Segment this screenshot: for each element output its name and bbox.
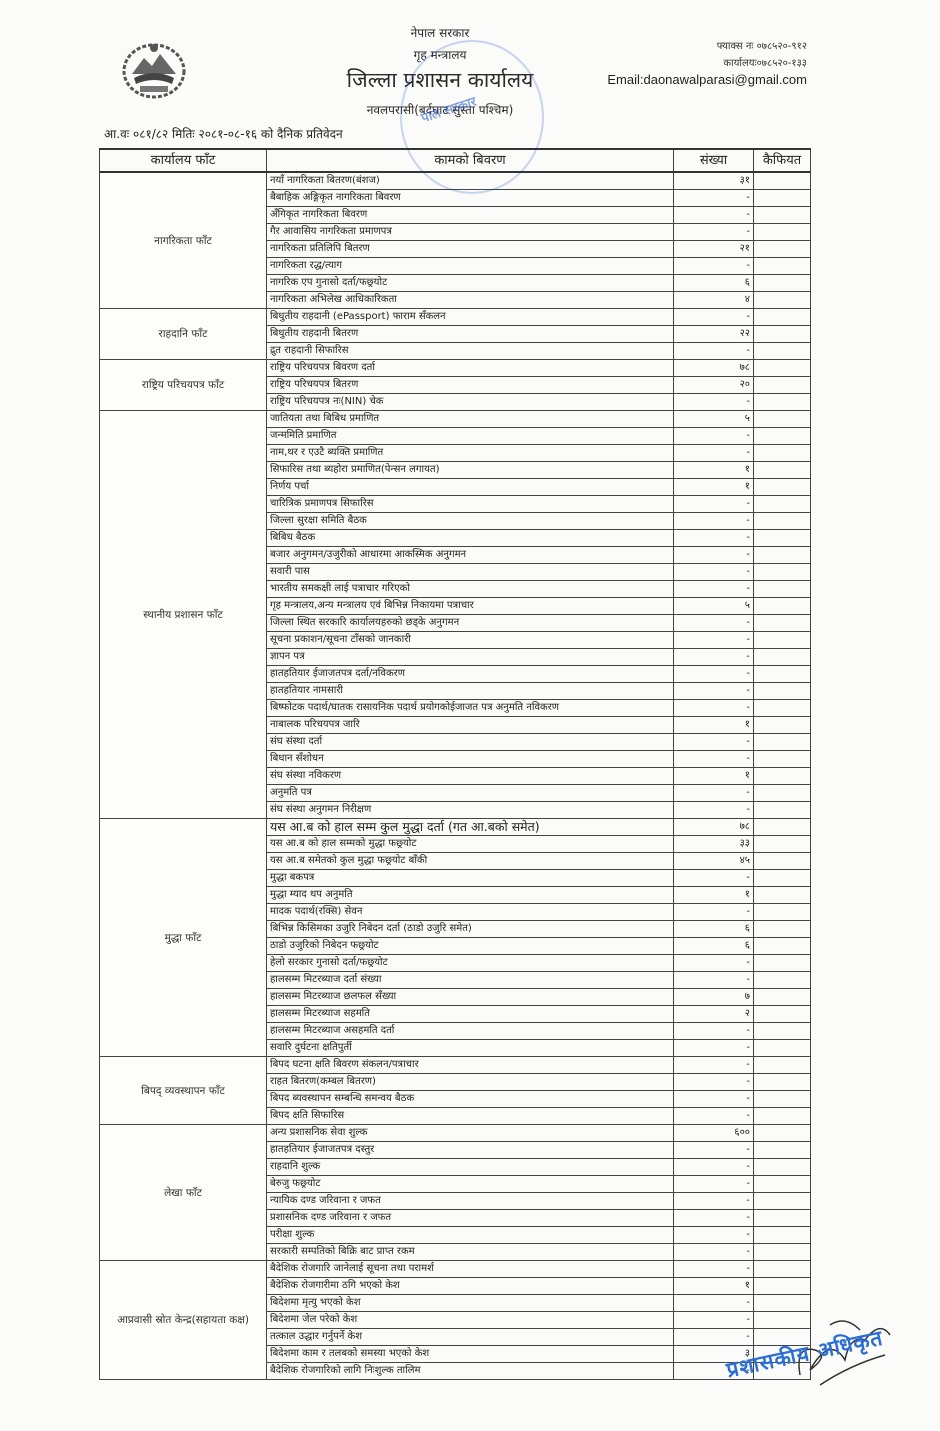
row-count: ७८ xyxy=(674,360,754,377)
row-remarks xyxy=(754,972,811,989)
row-description: हातहतियार नामसारी xyxy=(267,683,674,700)
row-remarks xyxy=(754,292,811,309)
row-remarks xyxy=(754,445,811,462)
row-description: बिदेशमा काम र तलबको समस्या भएको केश xyxy=(267,1346,674,1363)
row-count: ४ xyxy=(674,292,754,309)
row-remarks xyxy=(754,938,811,955)
row-remarks xyxy=(754,598,811,615)
section-label: स्थानीय प्रशासन फाँट xyxy=(100,411,267,819)
row-count: - xyxy=(674,343,754,360)
table-header-row: कार्यालय फाँट कामको बिवरण संख्या कैफियत xyxy=(100,149,811,172)
row-count: - xyxy=(674,683,754,700)
row-description: बिदेशमा जेल परेको केश xyxy=(267,1312,674,1329)
row-remarks xyxy=(754,955,811,972)
table-row: राहदानि फाँटबिधुतीय राहदानी (ePassport) … xyxy=(100,309,811,326)
row-remarks xyxy=(754,241,811,258)
row-count: ५ xyxy=(674,411,754,428)
section-label: राष्ट्रिय परिचयपत्र फाँट xyxy=(100,360,267,411)
row-remarks xyxy=(754,547,811,564)
row-description: सिफारिस तथा ब्यहोरा प्रमाणित(पेन्सन लगाय… xyxy=(267,462,674,479)
row-remarks xyxy=(754,530,811,547)
table-row: आप्रवासी स्रोत केन्द्र(सहायता कक्ष)बैदेश… xyxy=(100,1261,811,1278)
row-count: ४५ xyxy=(674,853,754,870)
row-remarks xyxy=(754,224,811,241)
row-remarks xyxy=(754,649,811,666)
row-description: बिपद घटना क्षति बिवरण संकलन/पत्राचार xyxy=(267,1057,674,1074)
row-count: - xyxy=(674,666,754,683)
row-description: बजार अनुगमन/उजुरीको आधारमा आकस्मिक अनुगम… xyxy=(267,547,674,564)
row-count: - xyxy=(674,700,754,717)
row-description: जन्ममिति प्रमाणित xyxy=(267,428,674,445)
row-remarks xyxy=(754,1159,811,1176)
government-name: नेपाल सरकार xyxy=(320,24,560,41)
row-description: बिधान सँशोधन xyxy=(267,751,674,768)
row-count: १ xyxy=(674,479,754,496)
row-description: राहत बितरण(कम्बल बितरण) xyxy=(267,1074,674,1091)
row-count: - xyxy=(674,496,754,513)
table-row: मुद्धा फाँटयस आ.ब को हाल सम्म कुल मुद्धा… xyxy=(100,819,811,836)
row-remarks xyxy=(754,802,811,819)
row-count: - xyxy=(674,428,754,445)
row-remarks xyxy=(754,275,811,292)
row-remarks xyxy=(754,700,811,717)
row-count: १ xyxy=(674,768,754,785)
fax-number: फ्याक्स नः ०७८५२०-९१२ xyxy=(717,38,807,52)
row-description: सूचना प्रकाशन/सूचना टाँसको जानकारी xyxy=(267,632,674,649)
row-count: - xyxy=(674,649,754,666)
row-description: बिदेशमा मृत्यु भएको केश xyxy=(267,1295,674,1312)
row-description: सवारी पास xyxy=(267,564,674,581)
table-row: नागरिकता फाँटनयाँ नागरिकता बितरण(बंशज)३१ xyxy=(100,172,811,190)
row-count: - xyxy=(674,258,754,275)
row-count: - xyxy=(674,615,754,632)
row-remarks xyxy=(754,377,811,394)
row-remarks xyxy=(754,496,811,513)
row-description: हेलो सरकार गुनासो दर्ता/फछ्र्योट xyxy=(267,955,674,972)
row-remarks xyxy=(754,1091,811,1108)
row-remarks xyxy=(754,479,811,496)
row-description: हालसम्म मिटरब्याज असहमति दर्ता xyxy=(267,1023,674,1040)
row-count: - xyxy=(674,224,754,241)
row-remarks xyxy=(754,989,811,1006)
column-header-section: कार्यालय फाँट xyxy=(100,149,267,172)
table-row: स्थानीय प्रशासन फाँटजातियता तथा बिबिध प्… xyxy=(100,411,811,428)
row-count: - xyxy=(674,1227,754,1244)
row-count: - xyxy=(674,972,754,989)
row-count: - xyxy=(674,1057,754,1074)
row-count: १ xyxy=(674,717,754,734)
row-count: - xyxy=(674,734,754,751)
row-description: मुद्धा म्याद थप अनुमति xyxy=(267,887,674,904)
row-count: - xyxy=(674,309,754,326)
row-description: हातहतियार ईजाजतपत्र दर्ता/नविकरण xyxy=(267,666,674,683)
email-address: Email:daonawalparasi@gmail.com xyxy=(607,72,807,87)
row-description: हालसम्म मिटरब्याज छलफल सँख्या xyxy=(267,989,674,1006)
row-description: राष्ट्रिय परिचयपत्र बिवरण दर्ता xyxy=(267,360,674,377)
column-header-remarks: कैफियत xyxy=(754,149,811,172)
row-remarks xyxy=(754,632,811,649)
row-description: बिधुतीय राहदानी बितरण xyxy=(267,326,674,343)
row-remarks xyxy=(754,1244,811,1261)
row-remarks xyxy=(754,1108,811,1125)
row-description: जातियता तथा बिबिध प्रमाणित xyxy=(267,411,674,428)
row-description: अँगिकृत नागरिकता बिवरण xyxy=(267,207,674,224)
row-remarks xyxy=(754,1176,811,1193)
row-description: प्रशासनिक दण्ड जरिवाना र जफत xyxy=(267,1210,674,1227)
row-description: बैदेशिक रोजगारि जानेलाई सूचना तथा परामर्… xyxy=(267,1261,674,1278)
row-description: राहदानि शुल्क xyxy=(267,1159,674,1176)
row-count: ७८ xyxy=(674,819,754,836)
row-count: - xyxy=(674,1091,754,1108)
row-description: मुद्धा बकपत्र xyxy=(267,870,674,887)
row-count: - xyxy=(674,1074,754,1091)
row-remarks xyxy=(754,853,811,870)
row-count: - xyxy=(674,564,754,581)
row-remarks xyxy=(754,1006,811,1023)
row-description: सवारि दुर्घटना क्षतिपुर्ती xyxy=(267,1040,674,1057)
nepal-emblem-logo xyxy=(118,38,190,100)
row-remarks xyxy=(754,190,811,207)
row-count: ६ xyxy=(674,938,754,955)
row-remarks xyxy=(754,1227,811,1244)
row-description: मादक पदार्थ(रक्सि) सेवन xyxy=(267,904,674,921)
daily-report-table: कार्यालय फाँट कामको बिवरण संख्या कैफियत … xyxy=(99,148,811,1380)
row-remarks xyxy=(754,1057,811,1074)
row-description: नाबालक परिचयपत्र जारि xyxy=(267,717,674,734)
row-remarks xyxy=(754,1278,811,1295)
row-remarks xyxy=(754,326,811,343)
row-remarks xyxy=(754,921,811,938)
row-description: अनुमति पत्र xyxy=(267,785,674,802)
row-remarks xyxy=(754,1142,811,1159)
row-remarks xyxy=(754,717,811,734)
row-remarks xyxy=(754,870,811,887)
row-remarks xyxy=(754,683,811,700)
row-description: राष्ट्रिय परिचयपत्र नः(NIN) चेक xyxy=(267,394,674,411)
report-title: आ.वः ०८१/८२ मितिः २०८१-०८-१६ को दैनिक प्… xyxy=(104,125,343,142)
row-remarks xyxy=(754,1125,811,1142)
row-description: बिष्फोटक पदार्थ/घातक रासायनिक पदार्थ प्र… xyxy=(267,700,674,717)
row-description: नागरिकता प्रतिलिपि बितरण xyxy=(267,241,674,258)
row-description: नागरिकता रद्ध/त्याग xyxy=(267,258,674,275)
row-count: ६ xyxy=(674,275,754,292)
row-count: - xyxy=(674,581,754,598)
row-description: भारतीय समकक्षी लाई पत्राचार गरिएको xyxy=(267,581,674,598)
row-description: बैबाहिक अङ्गिकृत नागरिकता बिवरण xyxy=(267,190,674,207)
row-description: नागरिक एप गुनासो दर्ता/फछ्र्योट xyxy=(267,275,674,292)
section-label: राहदानि फाँट xyxy=(100,309,267,360)
row-remarks xyxy=(754,904,811,921)
row-remarks xyxy=(754,768,811,785)
row-count: - xyxy=(674,1244,754,1261)
row-remarks xyxy=(754,564,811,581)
row-remarks xyxy=(754,734,811,751)
row-description: ठाडो उजुरिको निबेदन फछ्र्योट xyxy=(267,938,674,955)
row-remarks xyxy=(754,887,811,904)
row-description: बिपद क्षति सिफारिस xyxy=(267,1108,674,1125)
row-count: ६०० xyxy=(674,1125,754,1142)
section-label: आप्रवासी स्रोत केन्द्र(सहायता कक्ष) xyxy=(100,1261,267,1380)
row-remarks xyxy=(754,1261,811,1278)
row-description: निर्णय पर्चा xyxy=(267,479,674,496)
table-row: लेखा फाँटअन्य प्रशासनिक सेवा शुल्क६०० xyxy=(100,1125,811,1142)
row-count: १ xyxy=(674,887,754,904)
row-count: - xyxy=(674,547,754,564)
row-count: - xyxy=(674,1040,754,1057)
row-count: - xyxy=(674,1312,754,1329)
row-count: - xyxy=(674,394,754,411)
row-description: बिपद ब्यवस्थापन सम्बन्धि समन्वय बैठक xyxy=(267,1091,674,1108)
row-remarks xyxy=(754,1074,811,1091)
row-description: संघ संस्था अनुगमन निरीक्षण xyxy=(267,802,674,819)
row-description: गैर आवासिय नागरिकता प्रमाणपत्र xyxy=(267,224,674,241)
row-remarks xyxy=(754,428,811,445)
row-count: - xyxy=(674,1159,754,1176)
row-count: - xyxy=(674,1193,754,1210)
row-description: हालसम्म मिटरब्याज दर्ता संख्या xyxy=(267,972,674,989)
row-remarks xyxy=(754,207,811,224)
row-description: द्रुत राहदानी सिफारिस xyxy=(267,343,674,360)
row-count: - xyxy=(674,513,754,530)
row-remarks xyxy=(754,1040,811,1057)
row-count: - xyxy=(674,1329,754,1346)
row-count: ६ xyxy=(674,921,754,938)
row-remarks xyxy=(754,785,811,802)
section-label: मुद्धा फाँट xyxy=(100,819,267,1057)
row-remarks xyxy=(754,172,811,190)
row-count: - xyxy=(674,751,754,768)
section-label: नागरिकता फाँट xyxy=(100,172,267,309)
row-remarks xyxy=(754,513,811,530)
row-description: हालसम्म मिटरब्याज सहमति xyxy=(267,1006,674,1023)
row-count: - xyxy=(674,1295,754,1312)
row-count: - xyxy=(674,904,754,921)
row-count: - xyxy=(674,1176,754,1193)
row-count: - xyxy=(674,1261,754,1278)
row-description: जिल्ला स्थित सरकारि कार्यालयहरुको छड्के … xyxy=(267,615,674,632)
row-count: १ xyxy=(674,462,754,479)
section-label: बिपद् व्यवस्थापन फाँट xyxy=(100,1057,267,1125)
row-remarks xyxy=(754,1193,811,1210)
row-remarks xyxy=(754,360,811,377)
row-remarks xyxy=(754,462,811,479)
row-description: संघ संस्था दर्ता xyxy=(267,734,674,751)
row-remarks xyxy=(754,411,811,428)
row-remarks xyxy=(754,666,811,683)
column-header-count: संख्या xyxy=(674,149,754,172)
district-name: नवलपरासी(बर्दघाट सुस्ता पश्चिम) xyxy=(310,101,570,118)
column-header-description: कामको बिवरण xyxy=(267,149,674,172)
row-count: २० xyxy=(674,377,754,394)
row-description: नाम,थर र एउटै ब्यक्ति प्रमाणित xyxy=(267,445,674,462)
row-count: - xyxy=(674,955,754,972)
row-count: - xyxy=(674,190,754,207)
row-count: ७ xyxy=(674,989,754,1006)
section-label: लेखा फाँट xyxy=(100,1125,267,1261)
row-count: - xyxy=(674,1142,754,1159)
row-count: - xyxy=(674,445,754,462)
row-remarks xyxy=(754,615,811,632)
row-description: सरकारी सम्पतिको बिक्रि बाट प्राप्त रकम xyxy=(267,1244,674,1261)
row-description: राष्ट्रिय परिचयपत्र बितरण xyxy=(267,377,674,394)
row-description: गृह मन्त्रालय,अन्य मन्त्रालय एवं बिभिन्न… xyxy=(267,598,674,615)
row-count: - xyxy=(674,785,754,802)
row-count: २१ xyxy=(674,241,754,258)
row-description: तत्काल उद्धार गर्नुपर्ने केश xyxy=(267,1329,674,1346)
row-count: ५ xyxy=(674,598,754,615)
row-count: १ xyxy=(674,1278,754,1295)
row-count: २२ xyxy=(674,326,754,343)
row-description: यस आ.ब समेतको कुल मुद्धा फछ्र्योट बाँकी xyxy=(267,853,674,870)
row-remarks xyxy=(754,1295,811,1312)
row-count: - xyxy=(674,870,754,887)
row-description: नागरिकता अभिलेख आधिकारिकता xyxy=(267,292,674,309)
row-count: ३१ xyxy=(674,172,754,190)
row-description: यस आ.ब को हाल सम्म कुल मुद्धा दर्ता (गत … xyxy=(267,819,674,836)
row-remarks xyxy=(754,258,811,275)
ministry-name: गृह मन्त्रालय xyxy=(320,46,560,63)
row-description: न्यायिक दण्ड जरिवाना र जफत xyxy=(267,1193,674,1210)
row-description: नयाँ नागरिकता बितरण(बंशज) xyxy=(267,172,674,190)
row-count: - xyxy=(674,1108,754,1125)
row-count: - xyxy=(674,1210,754,1227)
row-count: - xyxy=(674,530,754,547)
row-remarks xyxy=(754,581,811,598)
row-count: २ xyxy=(674,1006,754,1023)
row-description: जिल्ला सुरक्षा समिति बैठक xyxy=(267,513,674,530)
row-count: - xyxy=(674,1023,754,1040)
row-description: यस आ.ब को हाल सम्मको मुद्धा फछ्र्योट xyxy=(267,836,674,853)
row-description: हातहतियार ईजाजतपत्र दस्तुर xyxy=(267,1142,674,1159)
row-count: - xyxy=(674,632,754,649)
row-remarks xyxy=(754,819,811,836)
row-description: बिबिध बैठक xyxy=(267,530,674,547)
table-body: नागरिकता फाँटनयाँ नागरिकता बितरण(बंशज)३१… xyxy=(100,172,811,1380)
row-description: संघ संस्था नविकरण xyxy=(267,768,674,785)
row-description: बिधुतीय राहदानी (ePassport) फाराम सँकलन xyxy=(267,309,674,326)
table-row: बिपद् व्यवस्थापन फाँटबिपद घटना क्षति बिव… xyxy=(100,1057,811,1074)
row-remarks xyxy=(754,309,811,326)
row-remarks xyxy=(754,836,811,853)
row-remarks xyxy=(754,343,811,360)
row-description: ज्ञापन पत्र xyxy=(267,649,674,666)
row-count: ३३ xyxy=(674,836,754,853)
row-remarks xyxy=(754,1210,811,1227)
row-description: बेरुजु फछ्र्योट xyxy=(267,1176,674,1193)
row-remarks xyxy=(754,1023,811,1040)
row-description: अन्य प्रशासनिक सेवा शुल्क xyxy=(267,1125,674,1142)
row-description: परीक्षा शुल्क xyxy=(267,1227,674,1244)
row-count: - xyxy=(674,802,754,819)
office-phone: कार्यालयः०७८५२०-१३३ xyxy=(723,55,807,69)
row-remarks xyxy=(754,751,811,768)
table-row: राष्ट्रिय परिचयपत्र फाँटराष्ट्रिय परिचयप… xyxy=(100,360,811,377)
row-description: बैदेशिक रोजगारिको लागि निःशुल्क तालिम xyxy=(267,1363,674,1380)
office-name: जिल्ला प्रशासन कार्यालय xyxy=(300,66,580,94)
row-remarks xyxy=(754,394,811,411)
row-count: - xyxy=(674,207,754,224)
row-description: बिभिन्न किसिमका उजुरि निबेदन दर्ता (ठाडो… xyxy=(267,921,674,938)
row-description: बैदेशिक रोजगारीमा ठगि भएको केश xyxy=(267,1278,674,1295)
row-description: चारित्रिक प्रमाणपत्र सिफारिस xyxy=(267,496,674,513)
